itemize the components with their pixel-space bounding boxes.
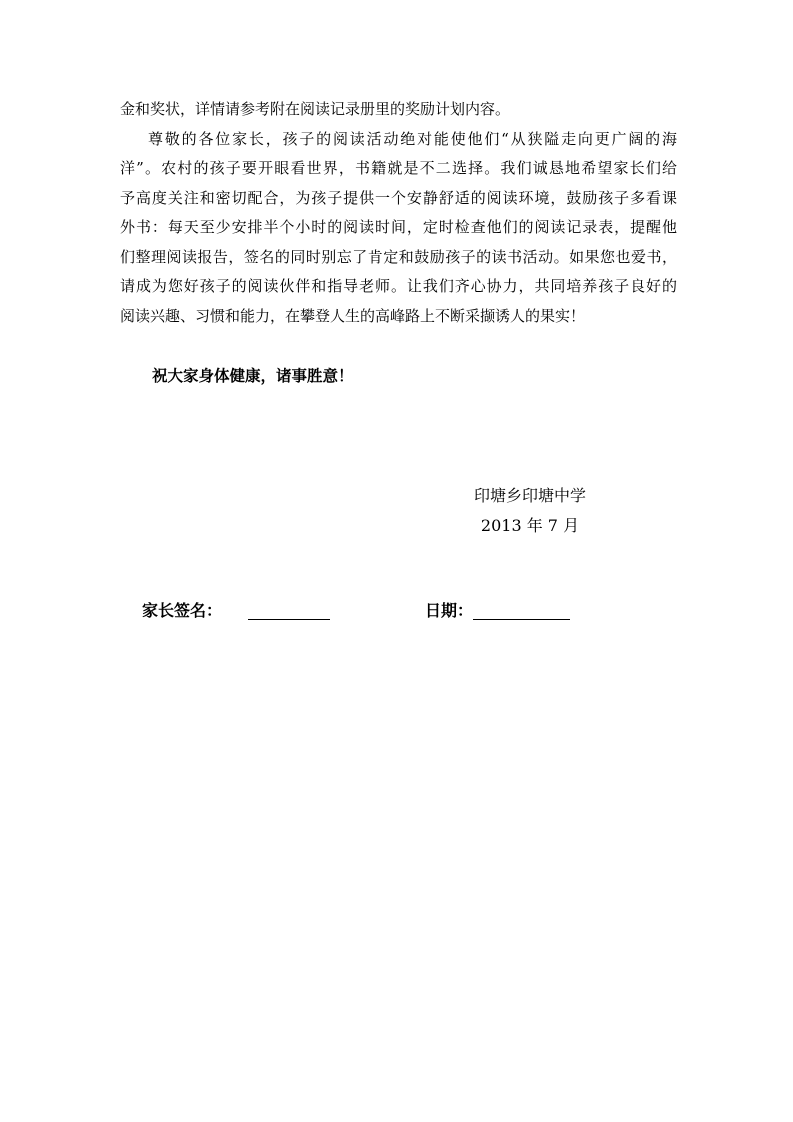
paragraph2-line: 尊敬的各位家长，孩子的阅读活动绝对能使他们“从狭隘走向更广阔的海 xyxy=(120,125,677,155)
paragraph2-line: 洋”。农村的孩子要开眼看世界，书籍就是不二选择。我们诚恳地希望家长们给 xyxy=(120,154,677,184)
date-blank-line xyxy=(473,619,570,620)
fill-in-row: 家长签名： 日期： xyxy=(120,596,677,626)
paragraph2-line: 请成为您好孩子的阅读伙伴和指导老师。让我们齐心协力，共同培养孩子良好的 xyxy=(120,272,677,302)
signature-date: 2013 年 7 月 xyxy=(380,511,680,541)
paragraph1-tail-line: 金和奖状，详情请参考附在阅读记录册里的奖励计划内容。 xyxy=(120,95,677,125)
letter-body: 金和奖状，详情请参考附在阅读记录册里的奖励计划内容。 尊敬的各位家长，孩子的阅读… xyxy=(120,95,677,626)
paragraph2-line: 们整理阅读报告，签名的同时别忘了肯定和鼓励孩子的读书活动。如果您也爱书， xyxy=(120,243,677,273)
paragraph2-last-line: 阅读兴趣、习惯和能力，在攀登人生的高峰路上不断采撷诱人的果实！ xyxy=(120,302,677,332)
date-label: 日期： xyxy=(425,596,473,626)
paragraph2-line: 外书：每天至少安排半个小时的阅读时间，定时检查他们的阅读记录表，提醒他 xyxy=(120,213,677,243)
document-page: 金和奖状，详情请参考附在阅读记录册里的奖励计划内容。 尊敬的各位家长，孩子的阅读… xyxy=(0,0,793,1122)
signature-block: 印塘乡印塘中学 2013 年 7 月 xyxy=(380,481,680,540)
closing-wish: 祝大家身体健康，诸事胜意！ xyxy=(120,361,677,391)
paragraph2-line: 予高度关注和密切配合，为孩子提供一个安静舒适的阅读环境，鼓励孩子多看课 xyxy=(120,184,677,214)
school-name: 印塘乡印塘中学 xyxy=(380,481,680,511)
parent-signature-blank-line xyxy=(248,619,330,620)
parent-signature-label: 家长签名： xyxy=(142,596,222,626)
